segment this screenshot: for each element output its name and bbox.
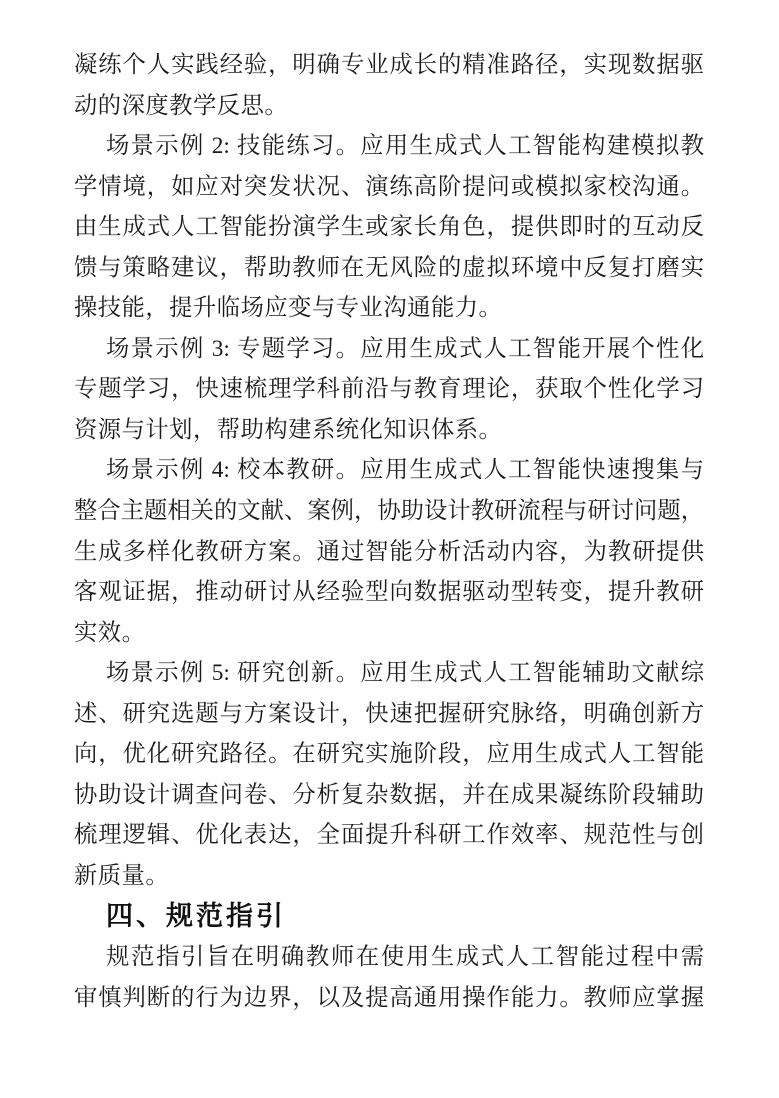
text-line: 规范指引旨在明确教师在使用生成式人工智能过程中需 [74,937,704,978]
text-line: 整合主题相关的文献、案例，协助设计教研流程与研讨问题， [74,491,704,532]
text-line: 场景示例 4: 校本教研。应用生成式人工智能快速搜集与 [74,450,704,491]
text-line: 场景示例 3: 专题学习。应用生成式人工智能开展个性化 [74,329,704,370]
document-content: 凝练个人实践经验，明确专业成长的精准路径，实现数据驱动的深度教学反思。场景示例 … [74,45,704,1018]
section-heading: 四、规范指引 [74,896,704,937]
text-line: 向，优化研究路径。在研究实施阶段，应用生成式人工智能 [74,734,704,775]
text-line: 专题学习，快速梳理学科前沿与教育理论，获取个性化学习 [74,369,704,410]
text-line: 协助设计调查问卷、分析复杂数据，并在成果凝练阶段辅助 [74,775,704,816]
text-line: 述、研究选题与方案设计，快速把握研究脉络，明确创新方 [74,694,704,735]
text-line: 生成多样化教研方案。通过智能分析活动内容，为教研提供 [74,532,704,573]
text-line: 梳理逻辑、优化表达，全面提升科研工作效率、规范性与创 [74,815,704,856]
text-line: 场景示例 5: 研究创新。应用生成式人工智能辅助文献综 [74,653,704,694]
text-line: 实效。 [74,613,704,654]
text-line: 馈与策略建议，帮助教师在无风险的虚拟环境中反复打磨实 [74,248,704,289]
document-page: 凝练个人实践经验，明确专业成长的精准路径，实现数据驱动的深度教学反思。场景示例 … [0,0,779,1098]
text-line: 审慎判断的行为边界，以及提高通用操作能力。教师应掌握 [74,978,704,1019]
text-line: 资源与计划，帮助构建系统化知识体系。 [74,410,704,451]
text-line: 由生成式人工智能扮演学生或家长角色，提供即时的互动反 [74,207,704,248]
text-line: 新质量。 [74,856,704,897]
text-line: 客观证据，推动研讨从经验型向数据驱动型转变，提升教研 [74,572,704,613]
text-line: 动的深度教学反思。 [74,86,704,127]
text-line: 场景示例 2: 技能练习。应用生成式人工智能构建模拟教 [74,126,704,167]
text-line: 学情境，如应对突发状况、演练高阶提问或模拟家校沟通。 [74,167,704,208]
text-line: 凝练个人实践经验，明确专业成长的精准路径，实现数据驱 [74,45,704,86]
text-line: 操技能，提升临场应变与专业沟通能力。 [74,288,704,329]
